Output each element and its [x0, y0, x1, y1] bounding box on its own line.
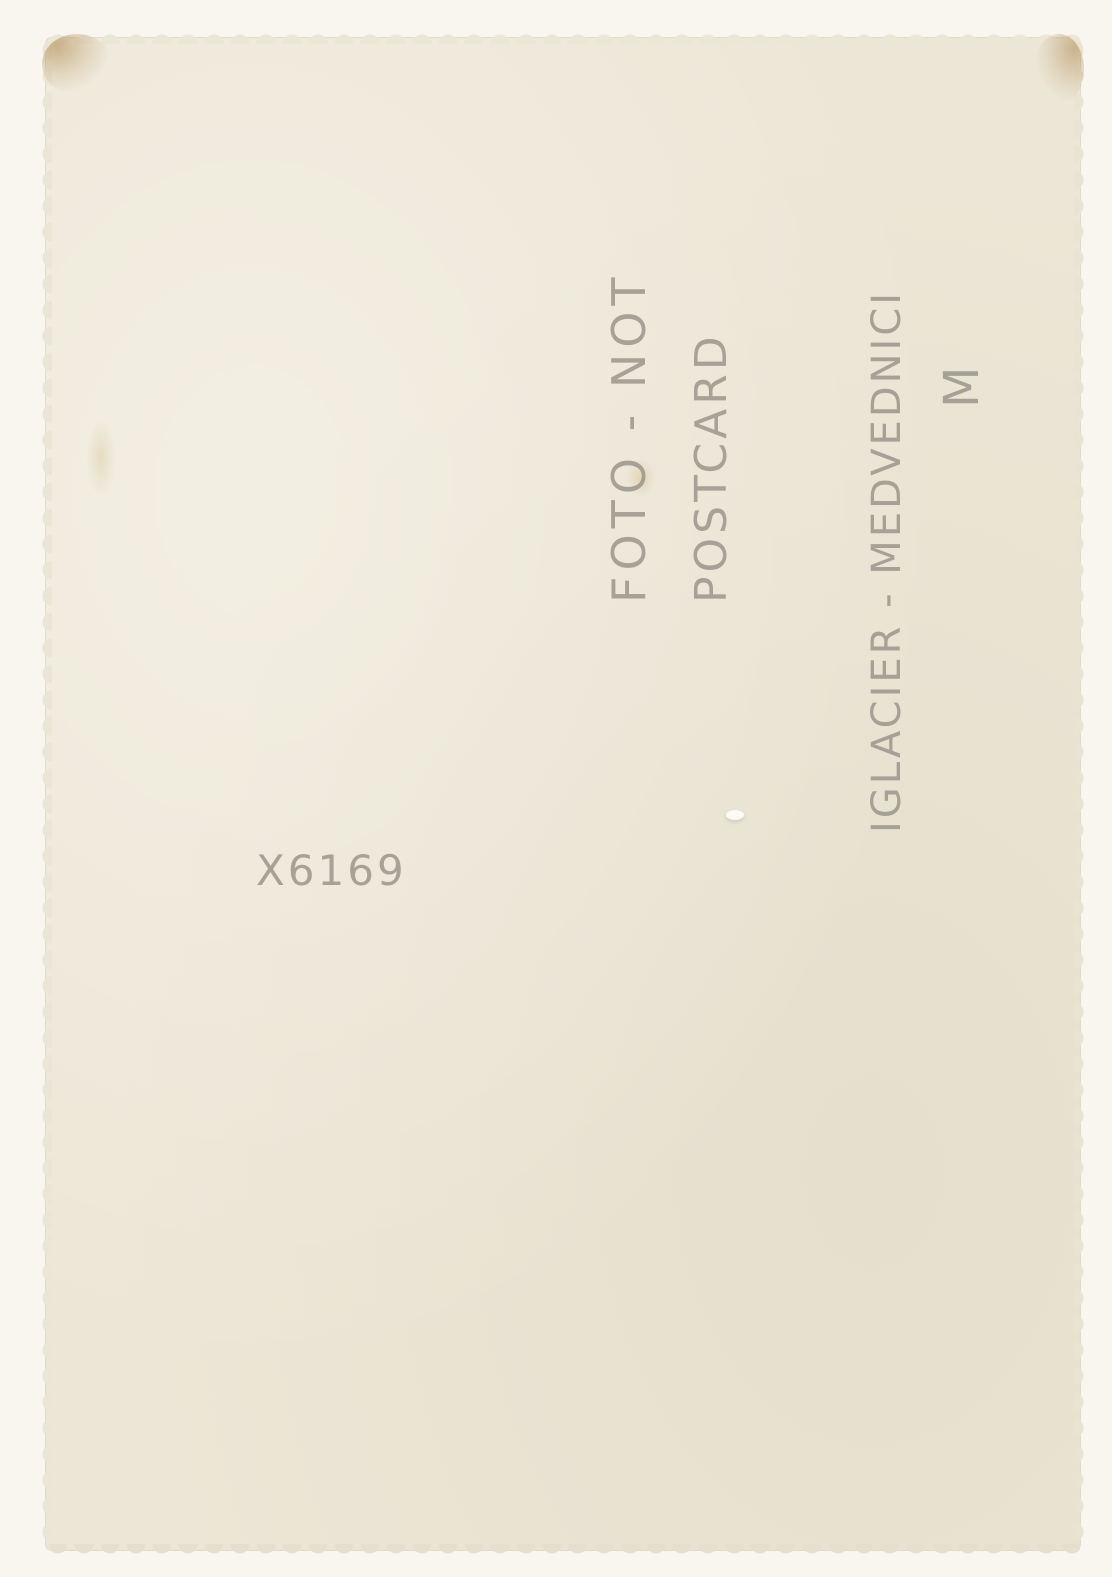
pencil-note-location: IGLACIER - MEDVEDNICI — [864, 290, 910, 833]
pencil-note-foto-not: FOTO - NOT — [602, 271, 656, 603]
photo-card-back: FOTO - NOT POSTCARD IGLACIER - MEDVEDNIC… — [46, 38, 1080, 1550]
age-stain-top-left — [42, 34, 112, 94]
pencil-note-postcard: POSTCARD — [686, 332, 737, 603]
pencil-note-mark: M — [934, 365, 990, 408]
paper-dent — [726, 810, 744, 820]
pencil-note-reference-number: X6169 — [256, 846, 407, 895]
age-stain-left — [86, 418, 116, 498]
age-stain-top-right — [1034, 34, 1084, 104]
